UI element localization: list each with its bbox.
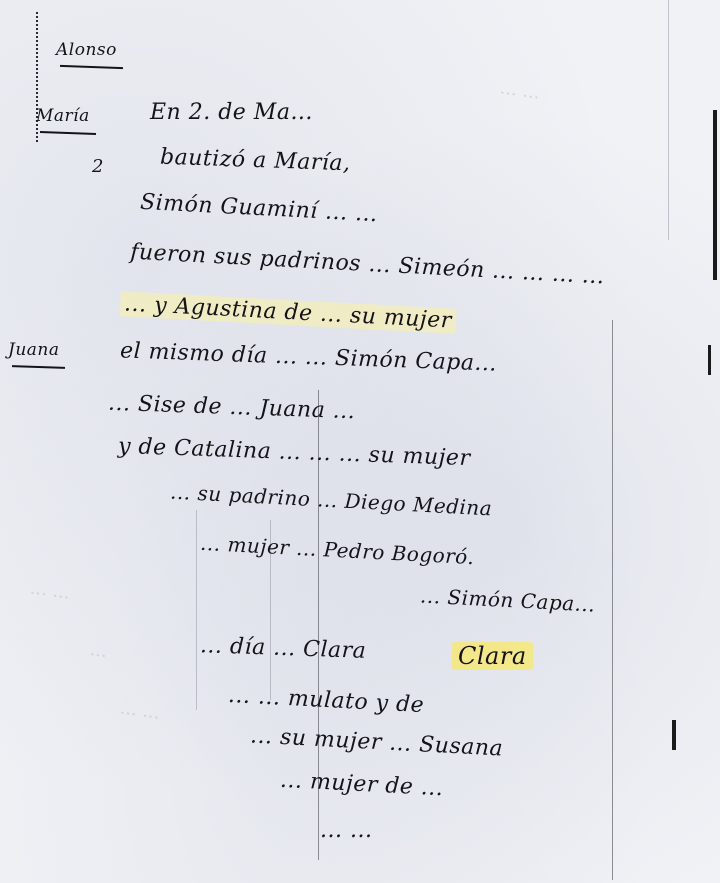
highlighted-text: ... y Agustina de ... su mujer (120, 291, 457, 334)
margin-name-maria: María (36, 106, 90, 126)
highlighted-name-clara: Clara (452, 642, 533, 670)
signature-flourish: ... ... (320, 818, 372, 843)
entry-line: el mismo día ... ... Simón Capa... (120, 338, 498, 376)
entry-line: y de Catalina ... ... ... su mujer (118, 434, 471, 471)
entry-line: Simón Guaminí ... ... (140, 190, 379, 227)
page-edge-mark (672, 720, 676, 750)
bleed-through-text: ... ... (119, 697, 162, 723)
column-rule (196, 510, 197, 710)
column-rule (668, 0, 669, 240)
entry-line: ... su mujer ... Susana (250, 723, 504, 761)
entry-line: En 2. de Ma... (150, 100, 313, 125)
entry-line: ... y Agustina de ... su mujer (120, 291, 457, 334)
page-edge-mark (708, 345, 711, 375)
margin-name-juana: Juana (8, 340, 59, 360)
margin-name-alonso: Alonso (56, 40, 117, 60)
document-page: ... ... ... ... ... ... ... Alonso María… (0, 0, 720, 883)
entry-line: ... mujer ... Pedro Bogoró. (200, 531, 475, 569)
bleed-through-text: ... (89, 639, 109, 662)
entry-line: ... mujer de ... (279, 768, 444, 802)
bleed-through-text: ... ... (29, 577, 72, 603)
bleed-through-text: ... ... (499, 77, 542, 103)
entry-line: ... su padrino ... Diego Medina (170, 480, 493, 521)
entry-line: ... día ... Clara (200, 633, 367, 664)
page-edge-mark (713, 110, 717, 280)
entry-line: ... ... mulato y de (227, 683, 424, 718)
column-rule (612, 320, 613, 880)
entry-line: bautizó a María, (160, 145, 351, 177)
entry-number: 2 (92, 156, 104, 177)
entry-line: ... Simón Capa... (419, 583, 595, 616)
entry-line: fueron sus padrinos ... Simeón ... ... .… (130, 240, 605, 290)
